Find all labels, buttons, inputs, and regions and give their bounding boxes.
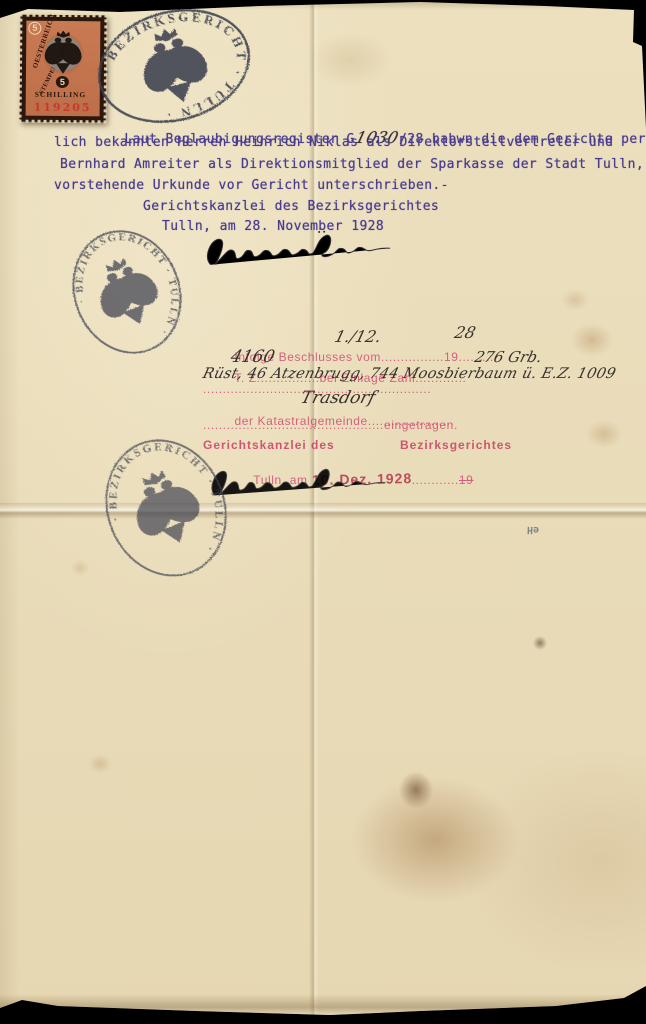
marginal-ink-mark: eH (527, 524, 539, 535)
typed-office-line: Gerichtskanzlei des Bezirksgerichtes (143, 199, 439, 214)
red-registration-stamp: Infolge Beschlusses vom................1… (203, 330, 613, 480)
red-row-5: ........................................… (203, 418, 458, 432)
stamp-currency: SCHILLING (35, 90, 87, 99)
handwritten-parcels-line: Rüst, 46 Atzenbrugg, 744 Moosbierbaum ü.… (201, 366, 618, 382)
typed-line-2: lich bekannten Herren Heinrich Niklas al… (54, 135, 613, 150)
scanned-document: 5 OESTERREICH STEMPELMARKE 5 SCHILLING 1… (0, 0, 646, 1024)
handwritten-decree-date: 1./12. (333, 327, 384, 346)
paper-sheet: 5 OESTERREICH STEMPELMARKE 5 SCHILLING 1… (0, 0, 646, 1024)
stamp-eagle-medallion (40, 31, 86, 77)
court-oval-seal-bottom: · BEZIRKSGERICHT · TULLN · (98, 432, 238, 587)
red-row7-struck-19: 19 (459, 473, 474, 487)
typed-line-3: Bernhard Amreiter als Direktionsmitglied… (60, 157, 644, 172)
handwritten-tz-number: 4160 (229, 347, 277, 367)
horizontal-fold-crease (0, 503, 646, 519)
typed-line-4: vorstehende Urkunde vor Gericht untersch… (54, 178, 449, 193)
bottom-edge-crumple (0, 994, 646, 1016)
signature-court-clerk-1 (199, 221, 401, 275)
stamp-denomination: 5 (56, 76, 69, 88)
red-row7-dots: ............ (412, 473, 459, 487)
red-office-right: Bezirksgerichtes (400, 438, 512, 452)
top-edge-shading (0, 0, 646, 10)
handwritten-cadastral-commune: Trasdorf (299, 388, 378, 408)
court-oval-seal-middle: · BEZIRKSGERICHT · TULLN · (64, 224, 194, 364)
handwritten-einlage-number: 276 Grb. (473, 348, 544, 366)
court-oval-seal-top: · BEZIRKSGERICHT · TULLN · (88, 4, 268, 134)
